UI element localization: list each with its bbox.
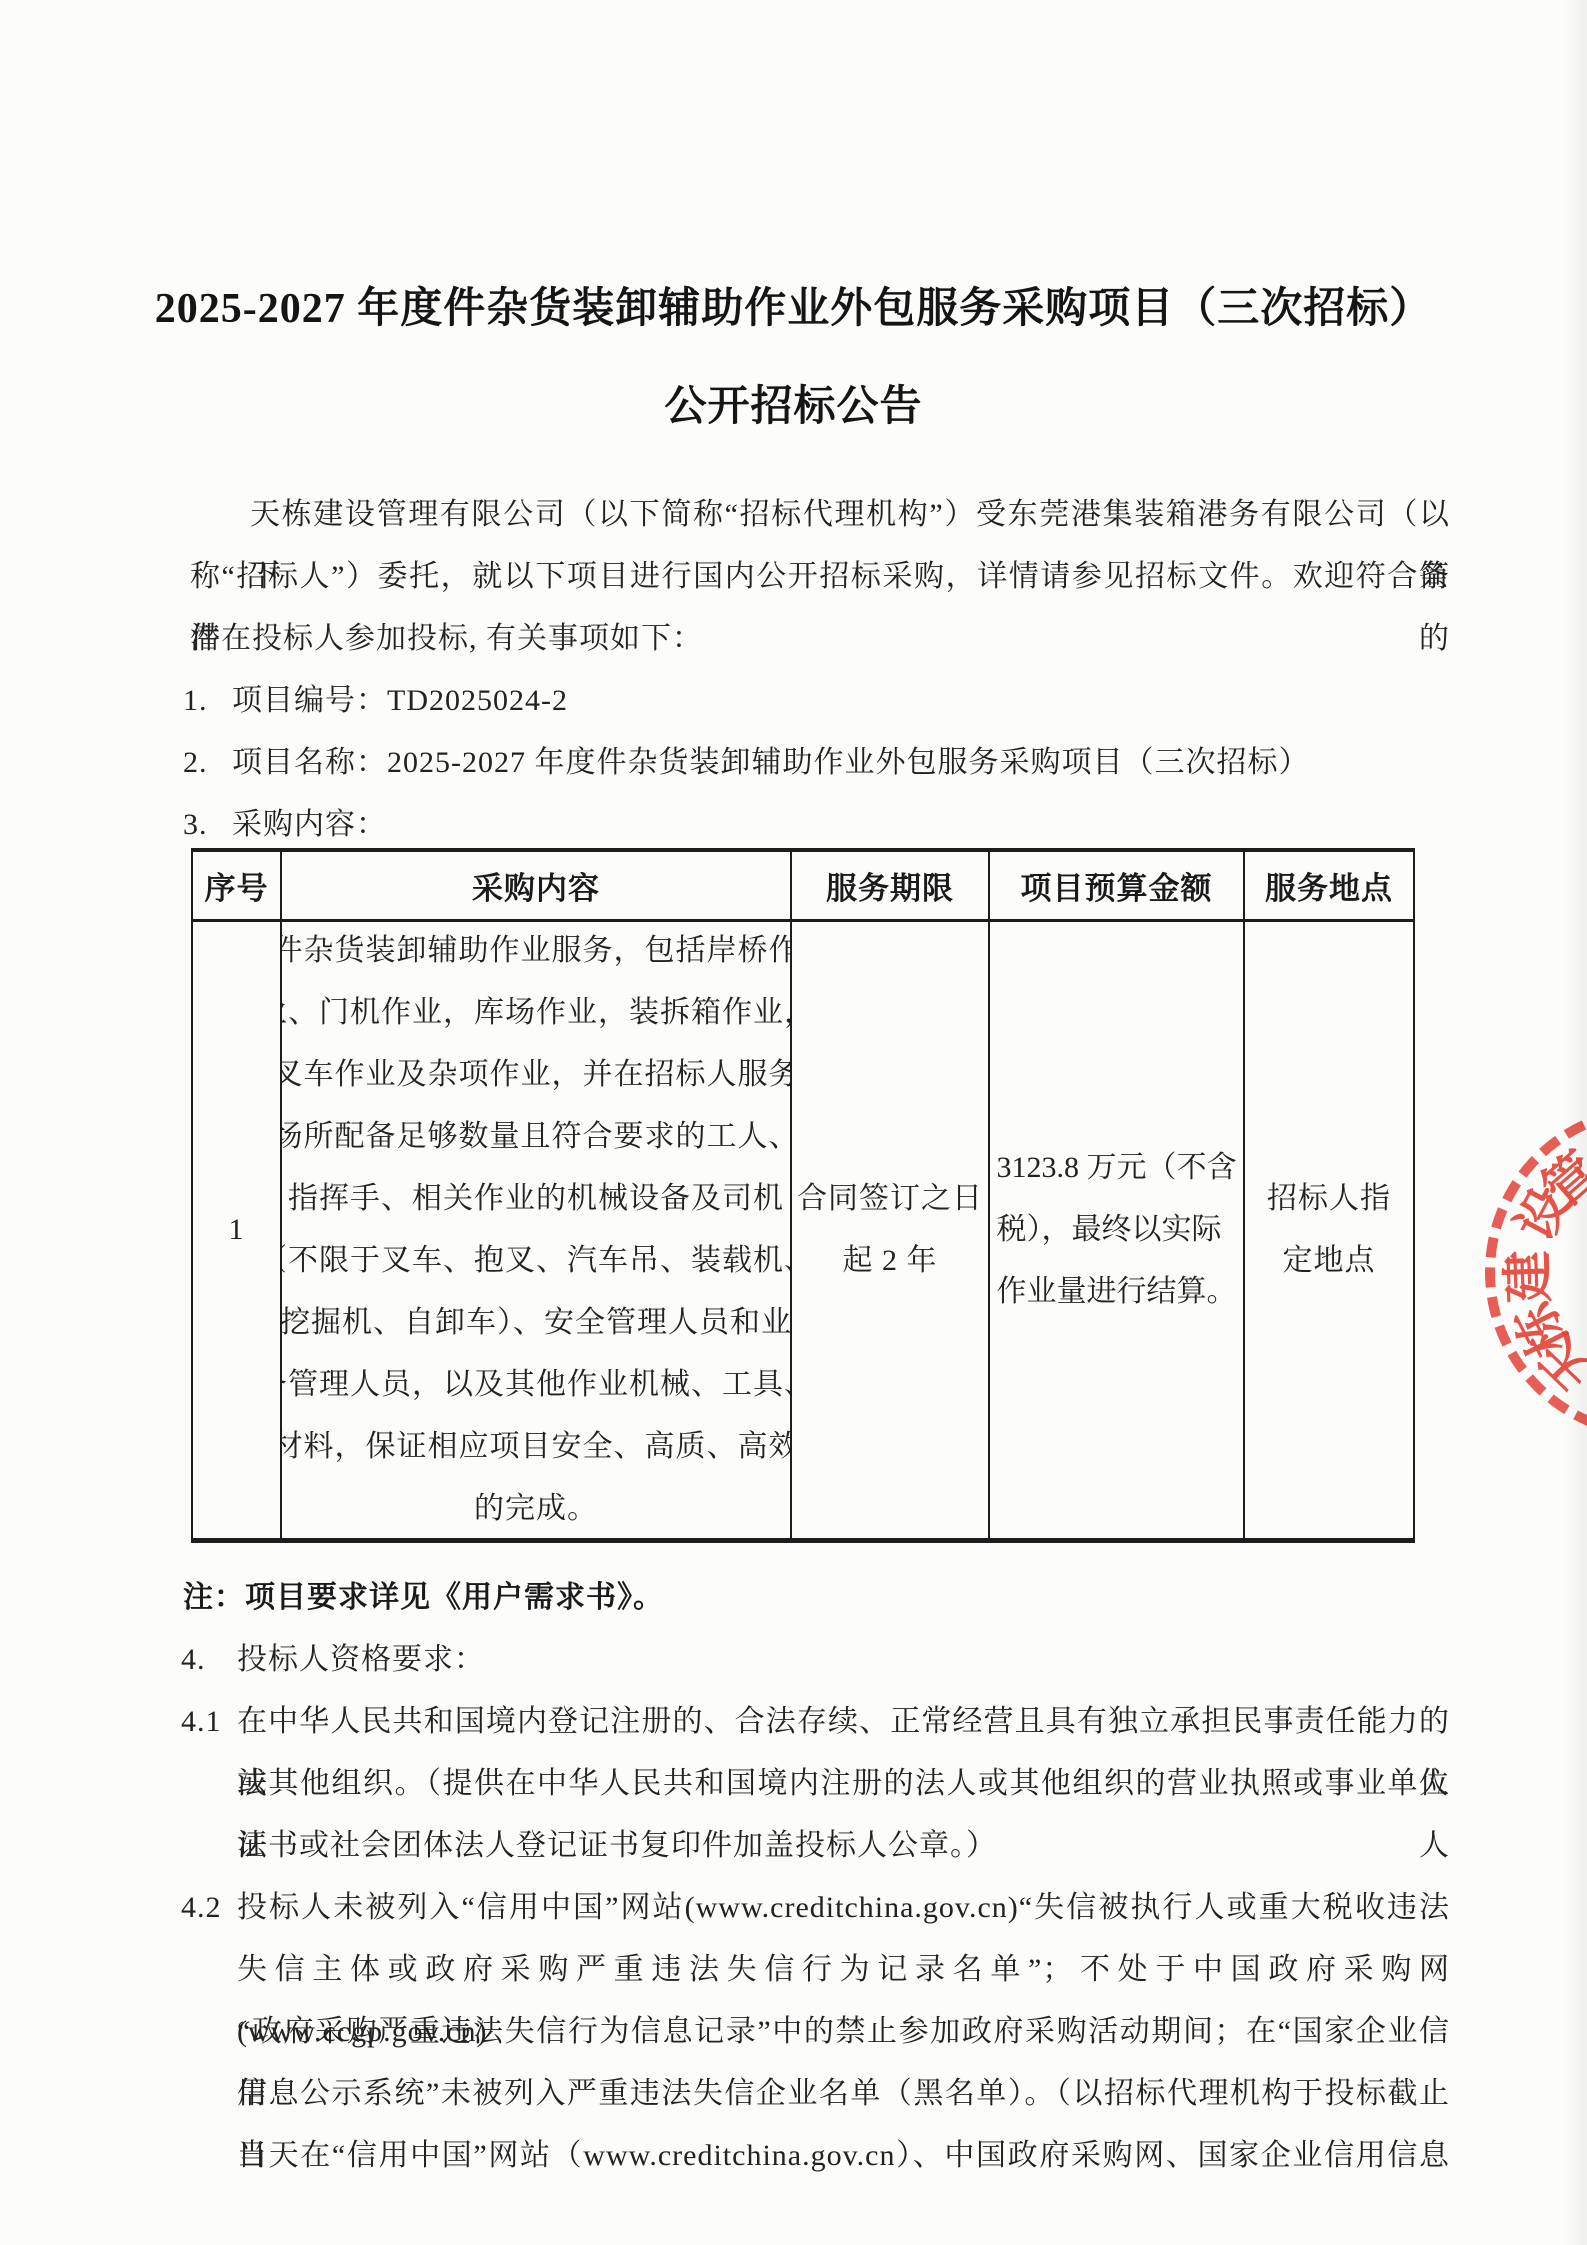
service-location-lines: 招标人指定地点 (1267, 1168, 1391, 1292)
content-line: 的完成。 (280, 1478, 790, 1538)
intro-paragraph-line: 天栋建设管理有限公司（以下简称“招标代理机构”）受东莞港集装箱港务有限公司（以下… (250, 484, 1450, 546)
table-header-cell: 项目预算金额 (988, 852, 1243, 922)
content-line: 业、门机作业，库场作业，装拆箱作业， (280, 982, 790, 1044)
table-header-cell: 服务地点 (1243, 852, 1413, 922)
procurement-table: 序号采购内容服务期限项目预算金额服务地点 1 件杂货装卸辅助作业服务，包括岸桥作… (191, 848, 1415, 1543)
table-header-cell: 服务期限 (790, 852, 988, 922)
duration-line: 合同签订之日 (797, 1168, 983, 1230)
content-line: 叉车作业及杂项作业，并在招标人服务 (280, 1044, 790, 1106)
cell-procurement-content: 件杂货装卸辅助作业服务，包括岸桥作业、门机作业，库场作业，装拆箱作业，叉车作业及… (280, 922, 790, 1538)
location-line: 招标人指 (1267, 1168, 1391, 1230)
intro-paragraph-line: 潜在投标人参加投标, 有关事项如下： (190, 608, 703, 670)
table-header-cell: 序号 (193, 852, 280, 922)
procurement-content-lines: 件杂货装卸辅助作业服务，包括岸桥作业、门机作业，库场作业，装拆箱作业，叉车作业及… (280, 922, 790, 1538)
document-title-line-2: 公开招标公告 (0, 376, 1587, 438)
item-number: 2. (183, 732, 232, 794)
table-header-cell: 采购内容 (280, 852, 790, 922)
budget-line: 税），最终以实际 (997, 1199, 1237, 1261)
duration-line: 起 2 年 (797, 1230, 983, 1292)
item-4-1-line: 在中华人民共和国境内登记注册的、合法存续、正常经营且具有独立承担民事责任能力的法… (237, 1691, 1450, 1753)
intro-paragraph-line: 称“招标人”）委托，就以下项目进行国内公开招标采购，详情请参见招标文件。欢迎符合… (190, 546, 1450, 608)
scan-edge-shadow (1563, 0, 1587, 2245)
item-text: 项目编号：TD2025024-2 (232, 670, 568, 732)
section4-number: 4. (181, 1629, 206, 1691)
content-line: 务管理人员，以及其他作业机械、工具、 (280, 1354, 790, 1416)
item-4-2-line: 失信主体或政府采购严重违法失信行为记录名单”；不处于中国政府采购网(www.cc… (237, 1939, 1450, 2001)
scanned-tender-announcement-page: 2025-2027 年度件杂货装卸辅助作业外包服务采购项目（三次招标） 公开招标… (0, 0, 1587, 2245)
item-number: 3. (183, 794, 232, 856)
budget-line: 作业量进行结算。 (997, 1261, 1237, 1323)
cell-project-budget: 3123.8 万元（不含税），最终以实际作业量进行结算。 (988, 922, 1243, 1538)
item-4-1-number: 4.1 (181, 1691, 222, 1753)
content-line: 场所配备足够数量且符合要求的工人、 (280, 1106, 790, 1168)
item-4-1-line: 证书或社会团体法人登记证书复印件加盖投标人公章。） (237, 1815, 997, 1877)
content-line: （不限于叉车、抱叉、汽车吊、装载机、 (280, 1230, 790, 1292)
item-text: 采购内容： (232, 794, 387, 856)
numbered-item-2: 2. 项目名称：2025-2027 年度件杂货装卸辅助作业外包服务采购项目（三次… (183, 732, 1310, 794)
document-title-line-1: 2025-2027 年度件杂货装卸辅助作业外包服务采购项目（三次招标） (0, 278, 1587, 340)
item-4-2-line: 信息公示系统”未被列入严重违法失信企业名单（黑名单）。（以招标代理机构于投标截止… (237, 2063, 1450, 2125)
item-4-2-line: 当天在“信用中国”网站（www.creditchina.gov.cn）、中国政府… (237, 2125, 1450, 2187)
location-line: 定地点 (1267, 1230, 1391, 1292)
item-4-2-line: 投标人未被列入“信用中国”网站(www.creditchina.gov.cn)“… (237, 1877, 1450, 1939)
seq-value: 1 (229, 1199, 245, 1261)
project-budget-lines: 3123.8 万元（不含税），最终以实际作业量进行结算。 (997, 1137, 1237, 1323)
content-line: 材料，保证相应项目安全、高质、高效 (280, 1416, 790, 1478)
table-data-row: 1 件杂货装卸辅助作业服务，包括岸桥作业、门机作业，库场作业，装拆箱作业，叉车作… (193, 922, 1413, 1538)
cell-service-location: 招标人指定地点 (1243, 922, 1413, 1538)
item-4-1-line: 或其他组织。（提供在中华人民共和国境内注册的法人或其他组织的营业执照或事业单位法… (237, 1753, 1450, 1815)
item-4-2-line: “政府采购严重违法失信行为信息记录”中的禁止参加政府采购活动期间；在“国家企业信… (237, 2001, 1450, 2063)
numbered-item-1: 1. 项目编号：TD2025024-2 (183, 670, 568, 732)
item-text: 项目名称：2025-2027 年度件杂货装卸辅助作业外包服务采购项目（三次招标） (232, 732, 1310, 794)
numbered-item-3: 3. 采购内容： (183, 794, 387, 856)
cell-service-duration: 合同签订之日起 2 年 (790, 922, 988, 1538)
section4-heading: 投标人资格要求： (237, 1629, 485, 1691)
content-line: 挖掘机、自卸车）、安全管理人员和业 (280, 1292, 790, 1354)
item-number: 1. (183, 670, 232, 732)
content-line: 件杂货装卸辅助作业服务，包括岸桥作 (280, 922, 790, 982)
table-header-row: 序号采购内容服务期限项目预算金额服务地点 (193, 852, 1413, 922)
seal-char: 建 (1501, 1247, 1559, 1305)
service-duration-lines: 合同签订之日起 2 年 (797, 1168, 983, 1292)
content-line: 指挥手、相关作业的机械设备及司机 (280, 1168, 790, 1230)
item-4-2-number: 4.2 (181, 1877, 222, 1939)
budget-line: 3123.8 万元（不含 (997, 1137, 1237, 1199)
note-line: 注：项目要求详见《用户需求书》。 (183, 1567, 664, 1629)
cell-seq: 1 (193, 922, 280, 1538)
